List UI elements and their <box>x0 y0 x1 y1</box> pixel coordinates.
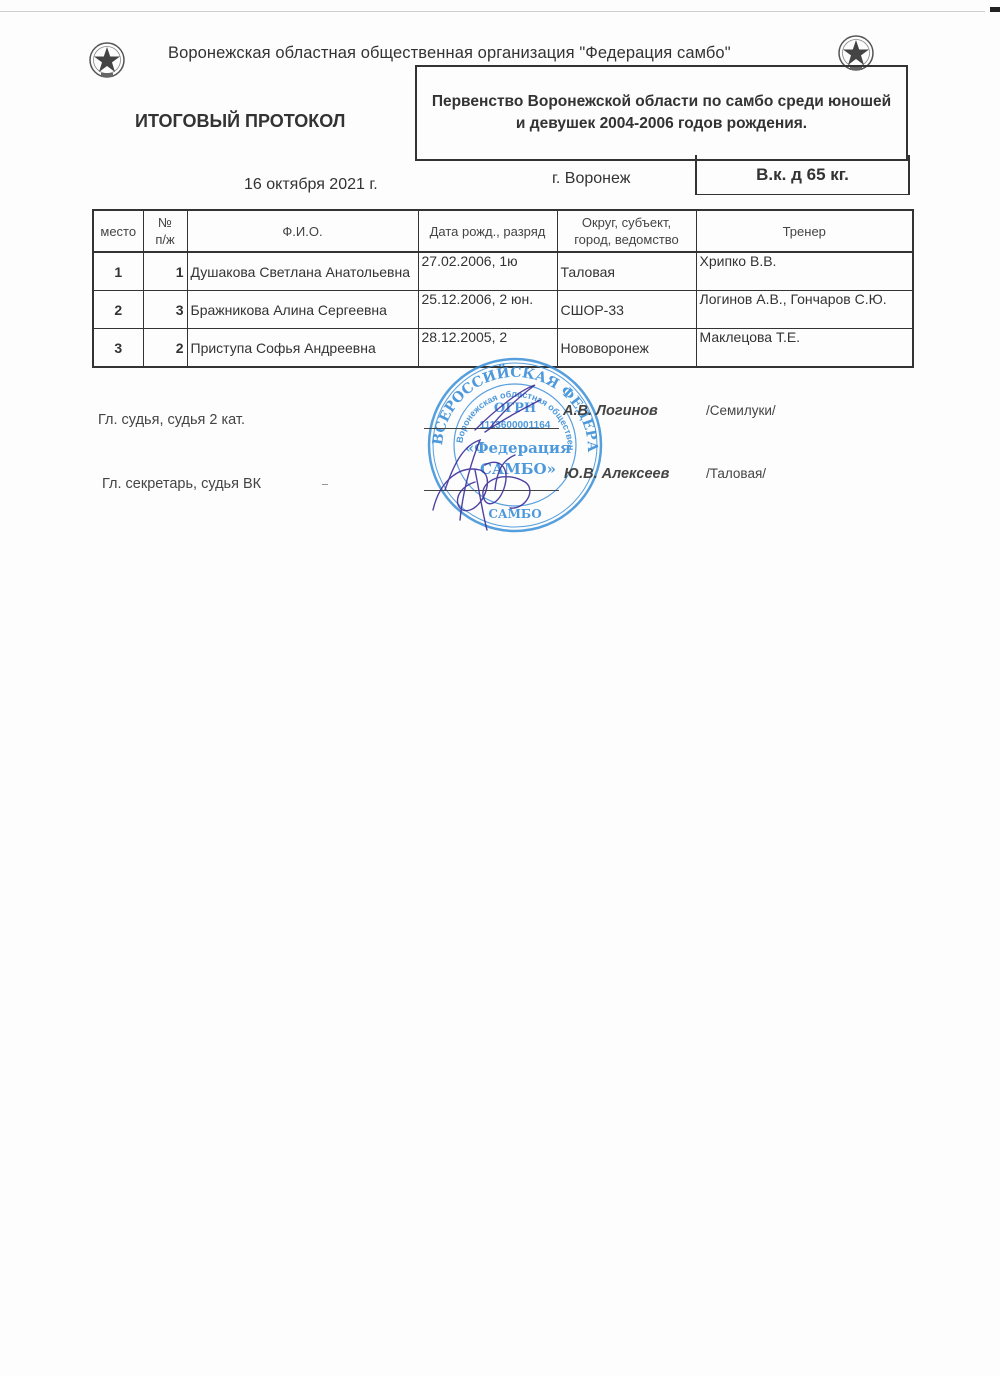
cell-dob: 28.12.2005, 2 <box>418 329 557 368</box>
stamp-bottom-text: САМБО <box>488 507 541 521</box>
column-header-number: № п/ж <box>143 210 187 252</box>
stamp-ogrn: 1113600001164 <box>480 420 551 431</box>
event-title-line2: и девушек 2004-2006 годов рождения. <box>432 113 891 135</box>
chief-secretary-signature-line <box>424 490 559 491</box>
scan-corner-mark <box>990 7 1000 12</box>
event-title-box: Первенство Воронежской области по самбо … <box>415 65 908 161</box>
column-header-dob: Дата рожд., разряд <box>418 210 557 252</box>
event-date: 16 октября 2021 г. <box>244 176 378 194</box>
table-row: 2 3 Бражникова Алина Сергеевна 25.12.200… <box>93 291 913 329</box>
cell-dob: 27.02.2006, 1ю <box>418 252 557 291</box>
weight-category: В.к. д 65 кг. <box>695 155 910 195</box>
column-header-place: место <box>93 210 143 252</box>
protocol-title: ИТОГОВЫЙ ПРОТОКОЛ <box>135 111 345 132</box>
cell-name: Бражникова Алина Сергеевна <box>187 291 418 329</box>
cell-coach: Маклецова Т.Е. <box>696 329 913 368</box>
chief-judge-city: /Семилуки/ <box>706 403 776 418</box>
cell-place: 2 <box>93 291 143 329</box>
cell-region: СШОР-33 <box>557 291 696 329</box>
table-header-row: место № п/ж Ф.И.О. Дата рожд., разряд Ок… <box>93 210 913 252</box>
chief-secretary-label: Гл. секретарь, судья ВК <box>102 476 261 492</box>
column-header-region: Округ, субъект, город, ведомство <box>557 210 696 252</box>
scan-edge-line <box>0 11 985 12</box>
column-header-number-line2: п/ж <box>147 231 184 248</box>
event-city: г. Воронеж <box>552 170 630 188</box>
cell-place: 1 <box>93 252 143 291</box>
handwritten-signature <box>425 370 555 535</box>
stamp-center-line1: «Федерация <box>465 439 571 457</box>
column-header-region-line2: город, ведомство <box>561 231 693 248</box>
cell-region: Таловая <box>557 252 696 291</box>
cell-dob: 25.12.2006, 2 юн. <box>418 291 557 329</box>
table-row: 1 1 Душакова Светлана Анатольевна 27.02.… <box>93 252 913 291</box>
cell-name: Приступа Софья Андреевна <box>187 329 418 368</box>
chief-judge-label: Гл. судья, судья 2 кат. <box>98 412 245 428</box>
cell-place: 3 <box>93 329 143 368</box>
stray-dash <box>322 484 328 485</box>
chief-judge-signature-line <box>424 428 559 429</box>
stamp-center-line2: САМБО» <box>480 460 556 478</box>
column-header-number-line1: № <box>147 214 184 231</box>
column-header-name: Ф.И.О. <box>187 210 418 252</box>
results-table: место № п/ж Ф.И.О. Дата рожд., разряд Ок… <box>92 209 914 368</box>
event-title-line1: Первенство Воронежской области по самбо … <box>432 91 891 113</box>
cell-number: 2 <box>143 329 187 368</box>
cell-name: Душакова Светлана Анатольевна <box>187 252 418 291</box>
cell-number: 3 <box>143 291 187 329</box>
chief-judge-name: А.В. Логинов <box>563 403 658 419</box>
table-row: 3 2 Приступа Софья Андреевна 28.12.2005,… <box>93 329 913 368</box>
federation-star-emblem-icon <box>87 40 127 80</box>
cell-region: Нововоронеж <box>557 329 696 368</box>
column-header-region-line1: Округ, субъект, <box>561 214 693 231</box>
chief-secretary-name: Ю.В. Алексеев <box>564 466 669 482</box>
cell-coach: Хрипко В.В. <box>696 252 913 291</box>
stamp-ogrn-label: ОГРН <box>494 401 536 416</box>
official-stamp: ВСЕРОССИЙСКАЯ ФЕДЕРАЦИЯ Воронежская обла… <box>420 350 610 535</box>
cell-coach: Логинов А.В., Гончаров С.Ю. <box>696 291 913 329</box>
organization-title: Воронежская областная общественная орган… <box>168 44 731 63</box>
cell-number: 1 <box>143 252 187 291</box>
column-header-coach: Тренер <box>696 210 913 252</box>
chief-secretary-city: /Таловая/ <box>706 466 766 481</box>
